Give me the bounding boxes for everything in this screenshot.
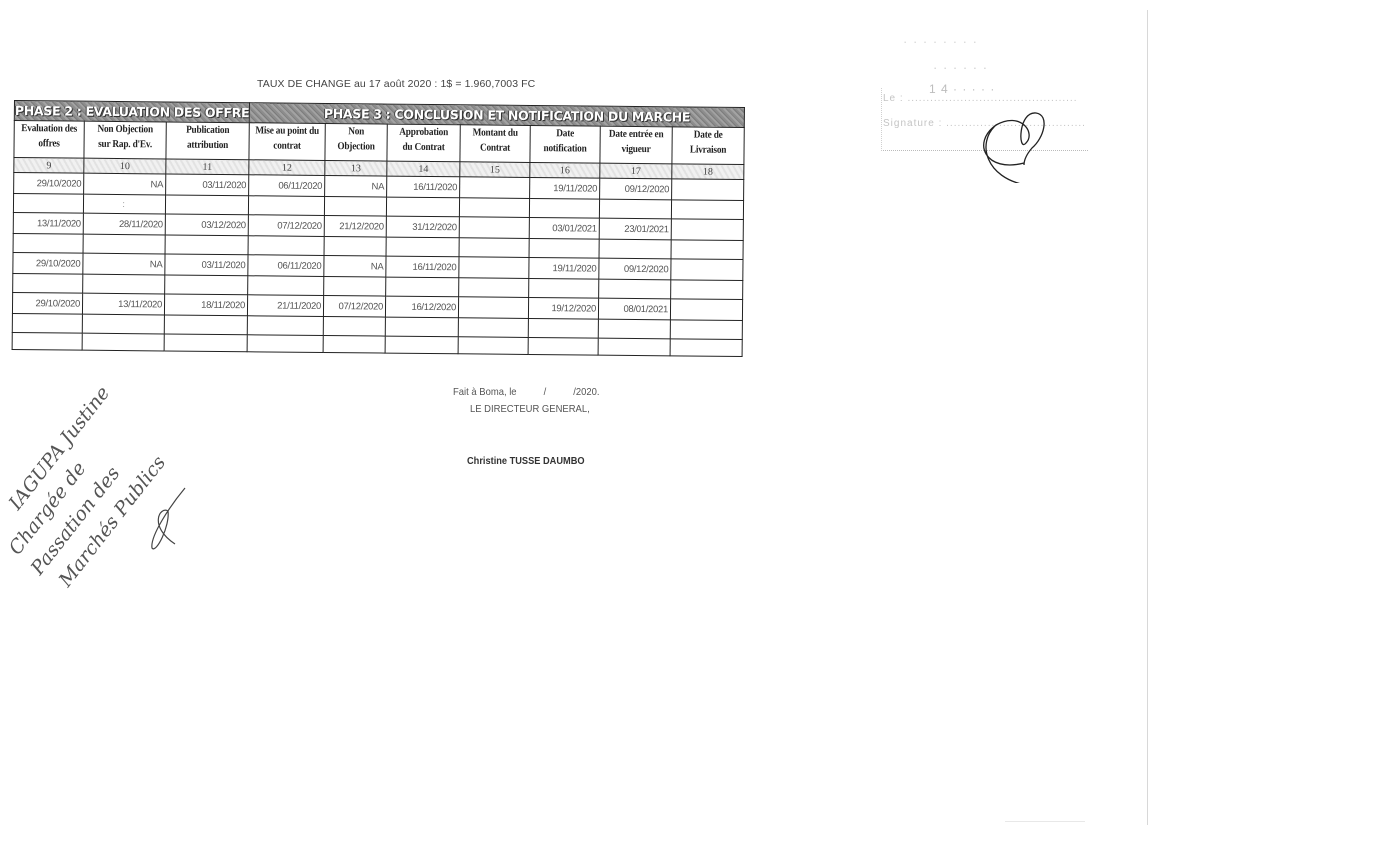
table-cell-empty <box>599 239 671 259</box>
column-header-line: Mise au point du <box>254 123 320 139</box>
table-cell <box>671 259 743 281</box>
column-header-line: Date entrée en <box>605 127 668 143</box>
phase2-title: PHASE 2 : EVALUATION DES OFFRES <box>14 101 249 123</box>
column-header-line: Livraison <box>677 142 740 158</box>
table-cell-empty <box>164 315 247 335</box>
column-header-line: Montant du <box>465 125 526 141</box>
signatory-name: Christine TUSSE DAUMBO <box>467 455 585 467</box>
column-header: Mise au point ducontrat <box>249 123 325 161</box>
table-cell: 18/11/2020 <box>164 294 247 316</box>
table-cell: 03/11/2020 <box>166 174 249 196</box>
table-cell <box>672 179 744 201</box>
table-cell-empty <box>386 237 459 257</box>
table-cell-empty <box>165 195 248 215</box>
column-header-line: Publication <box>172 123 244 139</box>
table-cell: 16/12/2020 <box>385 296 458 318</box>
date-year: /2020. <box>573 386 599 398</box>
column-header-line: contrat <box>254 138 320 154</box>
table-cell: 06/11/2020 <box>249 175 325 197</box>
table-cell-empty: : <box>83 194 165 214</box>
stamp-signature-icon <box>966 103 1076 183</box>
stamp-line-1: · · · · · · · · <box>903 34 978 49</box>
column-header-line: offres <box>19 136 80 152</box>
column-number: 11 <box>166 159 249 175</box>
column-header-label: Date deLivraison <box>677 127 740 164</box>
table-cell <box>459 257 529 279</box>
table-cell: 03/11/2020 <box>165 254 248 276</box>
column-number: 18 <box>672 164 744 180</box>
table-cell: NA <box>84 173 166 195</box>
place-prefix: Fait à Boma, le <box>453 386 517 398</box>
column-number: 14 <box>387 161 460 177</box>
table-cell-empty <box>13 233 83 253</box>
column-header-label: Mise au point ducontrat <box>254 123 320 160</box>
column-header-line: du Contrat <box>392 140 456 156</box>
table-cell: 23/01/2021 <box>599 218 671 240</box>
table-cell: 03/01/2021 <box>529 217 599 239</box>
table-cell-empty <box>248 236 324 256</box>
table-cell-empty <box>324 196 386 216</box>
table-cell-empty <box>324 276 386 296</box>
table-cell <box>670 299 742 321</box>
table-cell: 16/11/2020 <box>386 256 459 278</box>
table-cell-empty <box>528 337 598 355</box>
column-header: Date entrée envigueur <box>600 126 672 164</box>
table-cell-empty <box>599 199 671 219</box>
column-header-label: Approbationdu Contrat <box>392 125 456 162</box>
column-number: 16 <box>530 162 600 178</box>
table-cell-empty <box>598 319 670 339</box>
table-cell-empty <box>386 277 459 297</box>
table-cell-empty <box>165 235 248 255</box>
column-header-label: Evaluation desoffres <box>19 121 80 158</box>
table-cell-empty <box>248 196 324 216</box>
column-header-label: NonObjection <box>329 124 383 161</box>
table-cell-empty <box>13 273 83 293</box>
table-cell-empty <box>458 337 528 355</box>
column-header-line: Approbation <box>392 125 456 141</box>
column-header: Date deLivraison <box>672 127 744 165</box>
scan-page-bottom-edge <box>1005 821 1085 822</box>
stamp-line-2: · · · · · · <box>933 60 988 75</box>
table-cell-empty <box>82 314 164 334</box>
table-cell: 06/11/2020 <box>248 255 324 277</box>
table-cell-empty <box>385 317 458 337</box>
column-header-label: Datenotification <box>535 126 596 163</box>
reception-stamp: · · · · · · · · · · · · · · 1 4 · · · · … <box>881 28 1091 153</box>
table-cell-empty <box>323 335 385 353</box>
table-cell-empty <box>12 313 82 333</box>
table-cell-empty <box>247 316 323 336</box>
table-cell <box>458 297 528 319</box>
column-number: 9 <box>14 158 84 174</box>
column-header-row: Evaluation desoffresNon Objectionsur Rap… <box>14 121 744 165</box>
table-cell: 08/01/2021 <box>598 298 670 320</box>
column-header-label: Date entrée envigueur <box>605 127 668 164</box>
table-cell-empty <box>165 275 248 295</box>
table-cell-empty <box>324 236 386 256</box>
table-cell-empty <box>83 234 165 254</box>
column-header-line: Evaluation des <box>19 121 80 137</box>
table-cell-empty <box>529 198 599 218</box>
table-cell-empty <box>13 194 83 214</box>
column-header: Datenotification <box>530 125 600 163</box>
table-cell-empty <box>82 333 164 351</box>
table-cell-empty <box>529 238 599 258</box>
table-cell: 29/10/2020 <box>14 173 84 195</box>
table-cell-empty <box>164 334 247 352</box>
table-cell: 07/12/2020 <box>248 215 324 237</box>
scan-page-edge <box>1147 10 1148 825</box>
table-cell-empty <box>598 338 670 356</box>
column-header-line: attribution <box>171 138 243 154</box>
table-cell-empty <box>670 320 742 340</box>
table-cell-empty <box>528 318 598 338</box>
table-cell-empty <box>323 316 385 336</box>
table-cell: NA <box>325 175 387 197</box>
table-cell: 03/12/2020 <box>165 214 248 236</box>
column-header-line: notification <box>535 141 596 157</box>
procurement-table-wrapper: PHASE 2 : EVALUATION DES OFFRES PHASE 3 … <box>12 100 749 357</box>
table-cell: 21/12/2020 <box>324 215 386 237</box>
table-cell-empty <box>671 200 743 220</box>
column-number: 12 <box>249 160 325 176</box>
stray-mark: : <box>84 198 163 209</box>
column-header-line: Non Objection <box>90 122 161 138</box>
table-cell-empty <box>459 238 529 258</box>
table-cell: NA <box>324 255 386 277</box>
handwritten-annotation: IAGUPA Justine Chargée de Passation des … <box>0 376 240 596</box>
table-cell: 13/11/2020 <box>13 212 83 234</box>
table-cell <box>460 177 530 199</box>
table-cell-empty <box>529 278 599 298</box>
table-cell-empty <box>248 276 324 296</box>
column-header: Approbationdu Contrat <box>387 124 460 162</box>
table-cell <box>459 217 529 239</box>
table-cell: 29/10/2020 <box>13 252 83 274</box>
column-header-line: Date <box>535 126 596 142</box>
table-cell: NA <box>83 253 165 275</box>
table-cell <box>671 219 743 241</box>
table-cell-empty <box>670 339 742 357</box>
table-cell-empty <box>386 197 459 217</box>
table-cell-empty <box>458 318 528 338</box>
table-cell-empty <box>671 240 743 260</box>
table-cell: 28/11/2020 <box>83 213 165 235</box>
column-header-line: Date de <box>677 127 740 143</box>
table-cell-empty <box>385 336 458 354</box>
column-header-label: Publicationattribution <box>171 123 244 160</box>
column-header: Montant duContrat <box>460 125 530 163</box>
column-header-line: sur Rap. d'Ev. <box>89 137 160 153</box>
table-cell-empty <box>599 279 671 299</box>
table-cell-empty <box>247 335 323 353</box>
table-cell: 19/11/2020 <box>529 257 599 279</box>
column-header: Publicationattribution <box>166 122 249 160</box>
column-number: 15 <box>460 162 530 178</box>
column-number: 13 <box>325 160 387 176</box>
table-cell-empty <box>459 278 529 298</box>
procurement-schedule-table: PHASE 2 : EVALUATION DES OFFRES PHASE 3 … <box>12 100 745 357</box>
exchange-rate-note: TAUX DE CHANGE au 17 août 2020 : 1$ = 1.… <box>257 78 535 90</box>
column-header: Non Objectionsur Rap. d'Ev. <box>84 121 166 159</box>
column-header: NonObjection <box>325 123 387 161</box>
column-header-label: Montant duContrat <box>465 125 526 162</box>
column-header-line: Contrat <box>465 140 526 156</box>
table-cell-empty <box>83 274 165 294</box>
table-cell: 21/11/2020 <box>247 295 323 317</box>
table-cell: 19/12/2020 <box>528 297 598 319</box>
column-number: 17 <box>600 163 672 179</box>
table-body: 29/10/2020NA03/11/202006/11/2020NA16/11/… <box>12 173 744 357</box>
table-cell: 29/10/2020 <box>12 292 82 314</box>
table-cell: 13/11/2020 <box>82 293 164 315</box>
table-cell: 19/11/2020 <box>530 177 600 199</box>
date-slash: / <box>544 386 547 398</box>
column-header-line: Objection <box>329 139 383 155</box>
table-cell: 09/12/2020 <box>600 178 672 200</box>
column-header-label: Non Objectionsur Rap. d'Ev. <box>89 122 161 159</box>
column-header: Evaluation desoffres <box>14 121 84 159</box>
column-number: 10 <box>84 158 166 174</box>
column-header-line: Non <box>329 124 383 140</box>
table-cell: 31/12/2020 <box>386 216 459 238</box>
signatory-title: LE DIRECTEUR GENERAL, <box>470 403 590 415</box>
table-cell-empty <box>12 332 82 350</box>
table-cell-empty <box>459 198 529 218</box>
table-cell: 09/12/2020 <box>599 258 671 280</box>
table-cell-empty <box>671 280 743 300</box>
table-cell: 07/12/2020 <box>323 295 385 317</box>
handwritten-signature-icon <box>152 488 185 549</box>
table-cell: 16/11/2020 <box>387 176 460 198</box>
column-header-line: vigueur <box>605 142 668 158</box>
place-date-line: Fait à Boma, le//2020. <box>453 386 599 398</box>
